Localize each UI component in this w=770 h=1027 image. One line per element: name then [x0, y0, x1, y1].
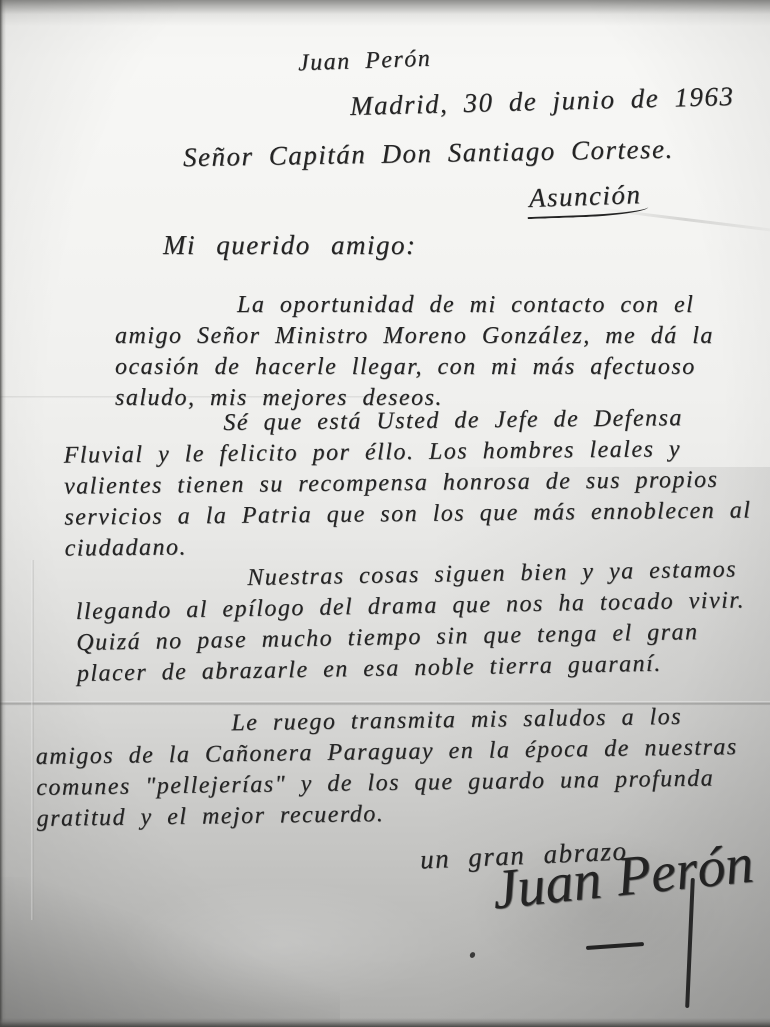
- destination-city: Asunción: [526, 179, 648, 219]
- ink-speck: [469, 951, 476, 959]
- signature-underline-stroke: [586, 942, 644, 950]
- recipient-line: Señor Capitán Don Santiago Cortese.: [183, 134, 674, 174]
- dateline: Madrid, 30 de junio de 1963: [350, 81, 735, 122]
- paper-mottle-highlight: [120, 880, 440, 1010]
- signature: Juan Perón: [491, 848, 755, 906]
- salutation: Mi querido amigo:: [163, 230, 416, 261]
- letter-photo: Juan Perón Madrid, 30 de junio de 1963 S…: [0, 0, 770, 1027]
- fold-crease-vertical: [31, 560, 34, 920]
- paragraph-3: Nuestras cosas siguen bien y ya estamos …: [75, 554, 763, 690]
- paragraph-1: La oportunidad de mi contacto con el ami…: [115, 290, 760, 414]
- paragraph-4: Le ruego transmita mis saludos a los ami…: [35, 701, 743, 835]
- photo-top-edge: [0, 0, 770, 26]
- paragraph-2: Sé que está Usted de Jefe de Defensa Flu…: [63, 402, 762, 564]
- photo-left-edge: [0, 0, 6, 1027]
- paper-shadow-bottom-left: [0, 877, 340, 1027]
- author-header: Juan Perón: [297, 44, 431, 80]
- photo-bottom-edge: [0, 1018, 770, 1027]
